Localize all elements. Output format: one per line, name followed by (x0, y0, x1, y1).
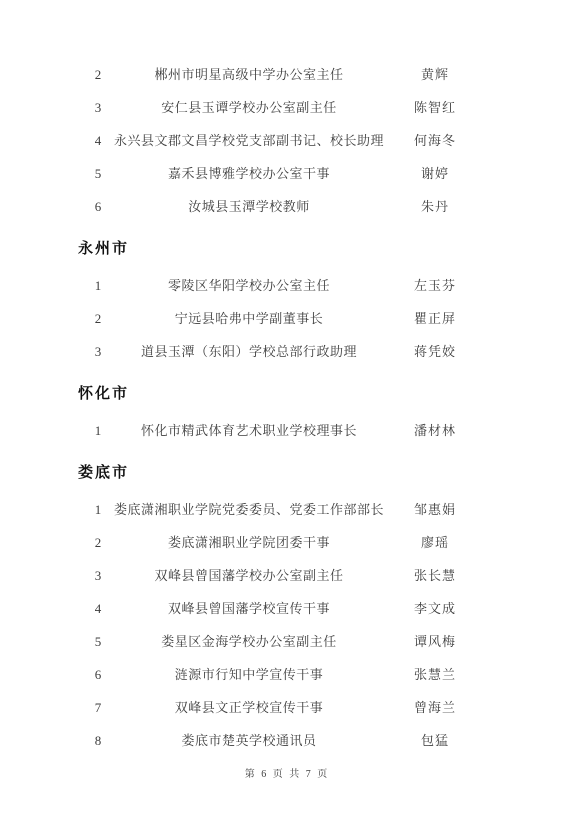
table-row: 2 娄底潇湘职业学院团委干事 廖瑶 (88, 532, 480, 551)
row-name: 左玉芬 (390, 275, 480, 294)
row-name: 包猛 (390, 730, 480, 749)
table-row: 2 宁远县哈弗中学副董事长 瞿正屏 (88, 308, 480, 327)
table-row: 8 娄底市楚英学校通讯员 包猛 (88, 730, 480, 749)
row-number: 5 (88, 634, 108, 650)
row-name: 蒋凭姣 (390, 341, 480, 360)
row-number: 5 (88, 166, 108, 182)
section-header-loudi: 娄底市 (78, 461, 480, 479)
page-number-footer: 第 6 页 共 7 页 (0, 765, 574, 780)
row-name: 潘材林 (390, 420, 480, 439)
row-number: 2 (88, 311, 108, 327)
row-name: 李文成 (390, 598, 480, 617)
row-title: 汝城县玉潭学校教师 (108, 196, 390, 215)
table-row: 1 娄底潇湘职业学院党委委员、党委工作部部长 邹惠娟 (88, 499, 480, 518)
row-title: 道县玉潭（东阳）学校总部行政助理 (108, 341, 390, 360)
section-header-huaihua: 怀化市 (78, 382, 480, 400)
document-page: 2 郴州市明星高级中学办公室主任 黄辉 3 安仁县玉谭学校办公室副主任 陈智红 … (0, 0, 574, 828)
row-number: 6 (88, 199, 108, 215)
row-name: 张慧兰 (390, 664, 480, 683)
row-title: 双峰县文正学校宣传干事 (108, 697, 390, 716)
row-title: 永兴县文郡文昌学校党支部副书记、校长助理 (108, 130, 390, 149)
row-number: 8 (88, 733, 108, 749)
table-row: 4 双峰县曾国藩学校宣传干事 李文成 (88, 598, 480, 617)
row-title: 娄底潇湘职业学院党委委员、党委工作部部长 (108, 499, 390, 518)
row-number: 3 (88, 100, 108, 116)
row-title: 涟源市行知中学宣传干事 (108, 664, 390, 683)
row-number: 4 (88, 601, 108, 617)
row-name: 张长慧 (390, 565, 480, 584)
row-name: 曾海兰 (390, 697, 480, 716)
row-title: 娄底潇湘职业学院团委干事 (108, 532, 390, 551)
row-name: 廖瑶 (390, 532, 480, 551)
table-row: 5 娄星区金海学校办公室副主任 谭风梅 (88, 631, 480, 650)
row-name: 邹惠娟 (390, 499, 480, 518)
table-row: 2 郴州市明星高级中学办公室主任 黄辉 (88, 64, 480, 83)
row-name: 谭风梅 (390, 631, 480, 650)
row-title: 娄底市楚英学校通讯员 (108, 730, 390, 749)
table-row: 1 怀化市精武体育艺术职业学校理事长 潘材林 (88, 420, 480, 439)
row-title: 郴州市明星高级中学办公室主任 (108, 64, 390, 83)
row-name: 何海冬 (390, 130, 480, 149)
table-row: 5 嘉禾县博雅学校办公室干事 谢婷 (88, 163, 480, 182)
table-row: 7 双峰县文正学校宣传干事 曾海兰 (88, 697, 480, 716)
row-name: 陈智红 (390, 97, 480, 116)
row-number: 1 (88, 502, 108, 518)
row-number: 2 (88, 535, 108, 551)
row-title: 安仁县玉谭学校办公室副主任 (108, 97, 390, 116)
table-row: 4 永兴县文郡文昌学校党支部副书记、校长助理 何海冬 (88, 130, 480, 149)
table-row: 6 汝城县玉潭学校教师 朱丹 (88, 196, 480, 215)
row-number: 7 (88, 700, 108, 716)
table-row: 3 安仁县玉谭学校办公室副主任 陈智红 (88, 97, 480, 116)
row-number: 3 (88, 344, 108, 360)
table-row: 1 零陵区华阳学校办公室主任 左玉芬 (88, 275, 480, 294)
table-row: 3 双峰县曾国藩学校办公室副主任 张长慧 (88, 565, 480, 584)
row-number: 2 (88, 67, 108, 83)
row-number: 4 (88, 133, 108, 149)
row-title: 双峰县曾国藩学校宣传干事 (108, 598, 390, 617)
row-name: 黄辉 (390, 64, 480, 83)
row-name: 朱丹 (390, 196, 480, 215)
row-title: 怀化市精武体育艺术职业学校理事长 (108, 420, 390, 439)
row-number: 1 (88, 278, 108, 294)
row-title: 零陵区华阳学校办公室主任 (108, 275, 390, 294)
row-title: 嘉禾县博雅学校办公室干事 (108, 163, 390, 182)
row-number: 1 (88, 423, 108, 439)
row-title: 娄星区金海学校办公室副主任 (108, 631, 390, 650)
row-number: 3 (88, 568, 108, 584)
row-name: 谢婷 (390, 163, 480, 182)
section-header-yongzhou: 永州市 (78, 237, 480, 255)
roster-table: 2 郴州市明星高级中学办公室主任 黄辉 3 安仁县玉谭学校办公室副主任 陈智红 … (0, 0, 480, 763)
table-row: 6 涟源市行知中学宣传干事 张慧兰 (88, 664, 480, 683)
row-name: 瞿正屏 (390, 308, 480, 327)
table-row: 3 道县玉潭（东阳）学校总部行政助理 蒋凭姣 (88, 341, 480, 360)
row-number: 6 (88, 667, 108, 683)
row-title: 宁远县哈弗中学副董事长 (108, 308, 390, 327)
row-title: 双峰县曾国藩学校办公室副主任 (108, 565, 390, 584)
